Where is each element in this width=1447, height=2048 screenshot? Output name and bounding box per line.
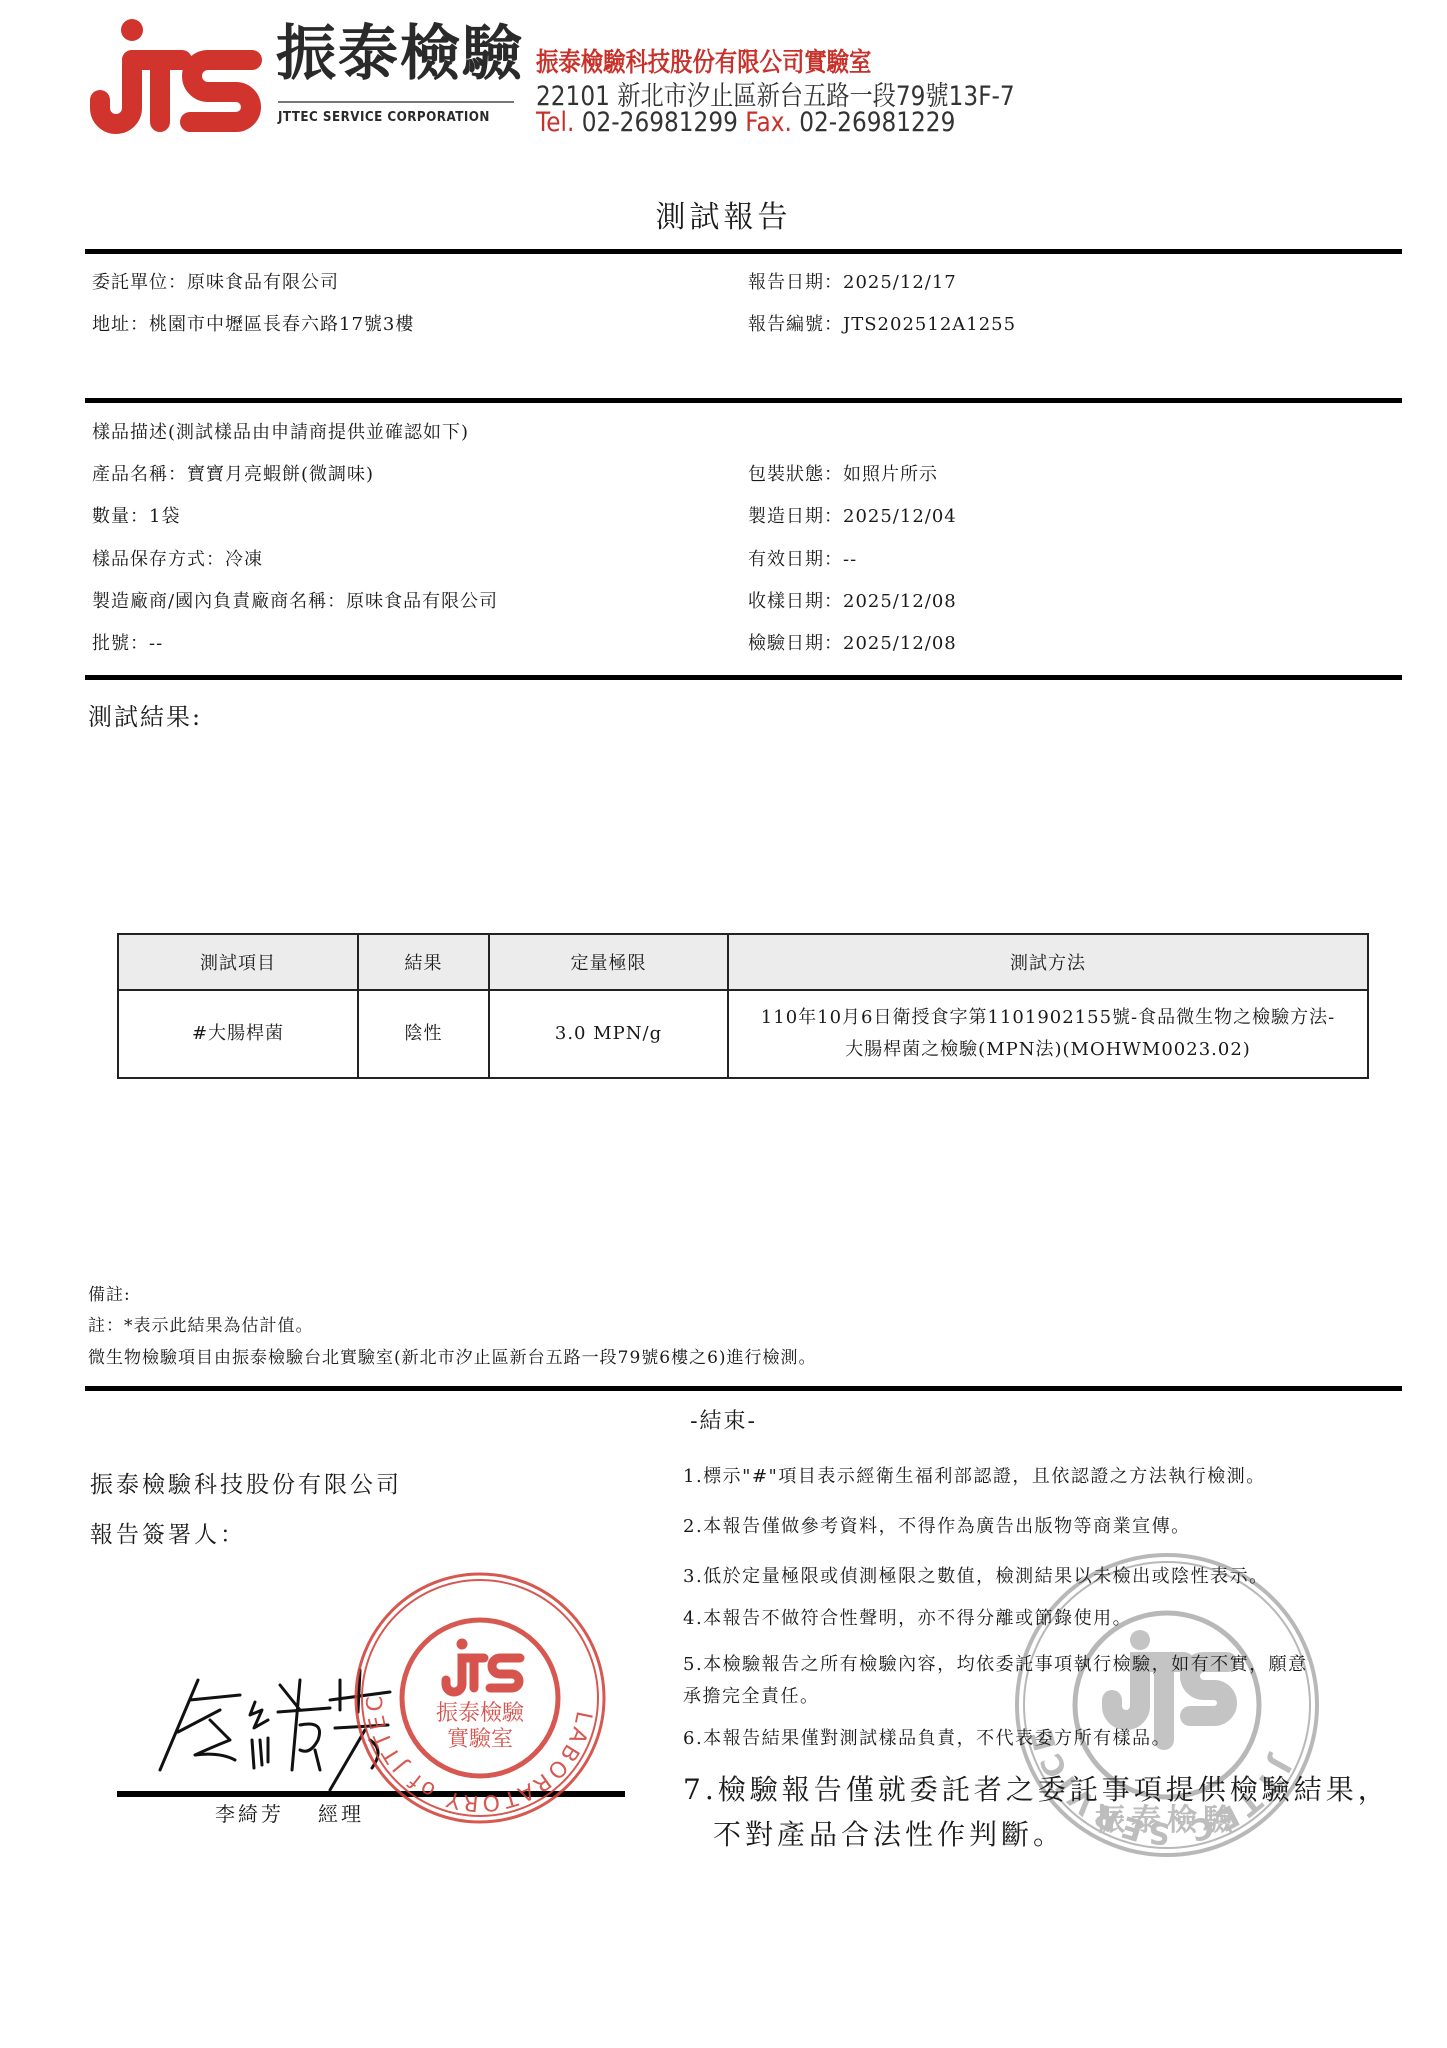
table-header-row: 測試項目 結果 定量極限 測試方法 — [118, 934, 1368, 990]
product-name: 產品名稱：寶寶月亮蝦餅(微調味) — [92, 460, 374, 486]
brand-name-en: JTTEC SERVICE CORPORATION — [278, 110, 490, 125]
manufacturer: 製造廠商/國內負責廠商名稱：原味食品有限公司 — [92, 587, 498, 613]
report-number: 報告編號：JTS202512A1255 — [748, 310, 1016, 336]
disclaimer-item-emphasis-continued: 不對產品合法性作判斷。 — [713, 1813, 1065, 1853]
disclaimer-item: 6.本報告結果僅對測試樣品負責，不代表委方所有樣品。 — [683, 1724, 1171, 1750]
results-table: 測試項目 結果 定量極限 測試方法 #大腸桿菌 陰性 3.0 MPN/g 110… — [117, 933, 1369, 1079]
sample-heading: 樣品描述(測試樣品由申請商提供並確認如下) — [92, 418, 469, 444]
storage-method: 樣品保存方式：冷凍 — [92, 545, 263, 571]
document-title: 測試報告 — [0, 192, 1447, 236]
company-contact: Tel. 02-26981299 Fax. 02-26981229 — [536, 107, 955, 138]
client-unit: 委託單位：原味食品有限公司 — [92, 268, 339, 294]
laboratory-seal-stamp-icon: LABORATORY of JTTEC SERVICE CORPORATION … — [352, 1570, 608, 1826]
expiry-date: 有效日期：-- — [748, 545, 857, 571]
tel-label: Tel. — [536, 107, 574, 138]
disclaimer-item: 5.本檢驗報告之所有檢驗內容，均依委託事項執行檢驗，如有不實，願意 — [683, 1650, 1308, 1676]
table-row: #大腸桿菌 陰性 3.0 MPN/g 110年10月6日衛授食字第1101902… — [118, 990, 1368, 1078]
column-header-result: 結果 — [358, 934, 489, 990]
cell-test-method: 110年10月6日衛授食字第1101902155號-食品微生物之檢驗方法- 大腸… — [728, 990, 1368, 1078]
jts-logo-icon — [86, 18, 264, 134]
section-divider — [85, 1386, 1402, 1391]
section-divider — [85, 398, 1402, 403]
disclaimer-item-continued: 承擔完全責任。 — [683, 1682, 820, 1708]
disclaimer-item: 1.標示"#"項目表示經衛生福利部認證，且依認證之方法執行檢測。 — [683, 1462, 1266, 1488]
cell-result: 陰性 — [358, 990, 489, 1078]
received-date: 收樣日期：2025/12/08 — [748, 587, 957, 613]
manufacture-date: 製造日期：2025/12/04 — [748, 502, 957, 528]
stamp-line-2: 實驗室 — [447, 1727, 513, 1752]
fax-label: Fax. — [745, 107, 792, 138]
quantity: 數量：1袋 — [92, 502, 180, 528]
remark-note: 註：*表示此結果為估計值。 — [88, 1311, 314, 1336]
section-divider — [85, 675, 1402, 680]
stamp-bottom-text: 振泰檢驗 — [1095, 1803, 1239, 1838]
remarks-heading: 備註: — [88, 1280, 131, 1305]
stamp-line-1: 振泰檢驗 — [436, 1701, 525, 1726]
packaging-status: 包裝狀態：如照片所示 — [748, 460, 938, 486]
signer-label: 報告簽署人： — [90, 1516, 246, 1549]
signer-name: 李綺芳 — [215, 1798, 284, 1827]
report-date: 報告日期：2025/12/17 — [748, 268, 957, 294]
column-header-item: 測試項目 — [118, 934, 358, 990]
batch-number: 批號：-- — [92, 629, 163, 655]
inspection-date: 檢驗日期：2025/12/08 — [748, 629, 957, 655]
section-divider — [85, 249, 1402, 254]
disclaimer-item: 2.本報告僅做參考資料，不得作為廣告出版物等商業宣傳。 — [683, 1512, 1191, 1538]
method-line: 大腸桿菌之檢驗(MPN法)(MOHWM0023.02) — [730, 1034, 1366, 1066]
fax-number: 02-26981229 — [799, 107, 955, 138]
brand-divider — [278, 101, 514, 103]
cell-test-item: #大腸桿菌 — [118, 990, 358, 1078]
results-heading: 測試結果: — [88, 697, 202, 732]
tel-number: 02-26981299 — [582, 107, 738, 138]
client-address: 地址：桃園市中壢區長春六路17號3樓 — [92, 310, 414, 336]
remark-note: 微生物檢驗項目由振泰檢驗台北實驗室(新北市汐止區新台五路一段79號6樓之6)進行… — [88, 1343, 817, 1368]
column-header-method: 測試方法 — [728, 934, 1368, 990]
column-header-limit: 定量極限 — [489, 934, 728, 990]
disclaimer-item: 4.本報告不做符合性聲明，亦不得分離或節錄使用。 — [683, 1604, 1132, 1630]
signing-company: 振泰檢驗科技股份有限公司 — [90, 1466, 402, 1499]
method-line: 110年10月6日衛授食字第1101902155號-食品微生物之檢驗方法- — [730, 1002, 1366, 1034]
disclaimer-item-emphasis: 7.檢驗報告僅就委託者之委託事項提供檢驗結果， — [683, 1768, 1390, 1808]
disclaimer-item: 3.低於定量極限或偵測極限之數值，檢測結果以未檢出或陰性表示。 — [683, 1562, 1269, 1588]
end-mark: -結束- — [0, 1404, 1447, 1435]
brand-name-cn: 振泰檢驗 — [276, 24, 524, 84]
cell-quant-limit: 3.0 MPN/g — [489, 990, 728, 1078]
